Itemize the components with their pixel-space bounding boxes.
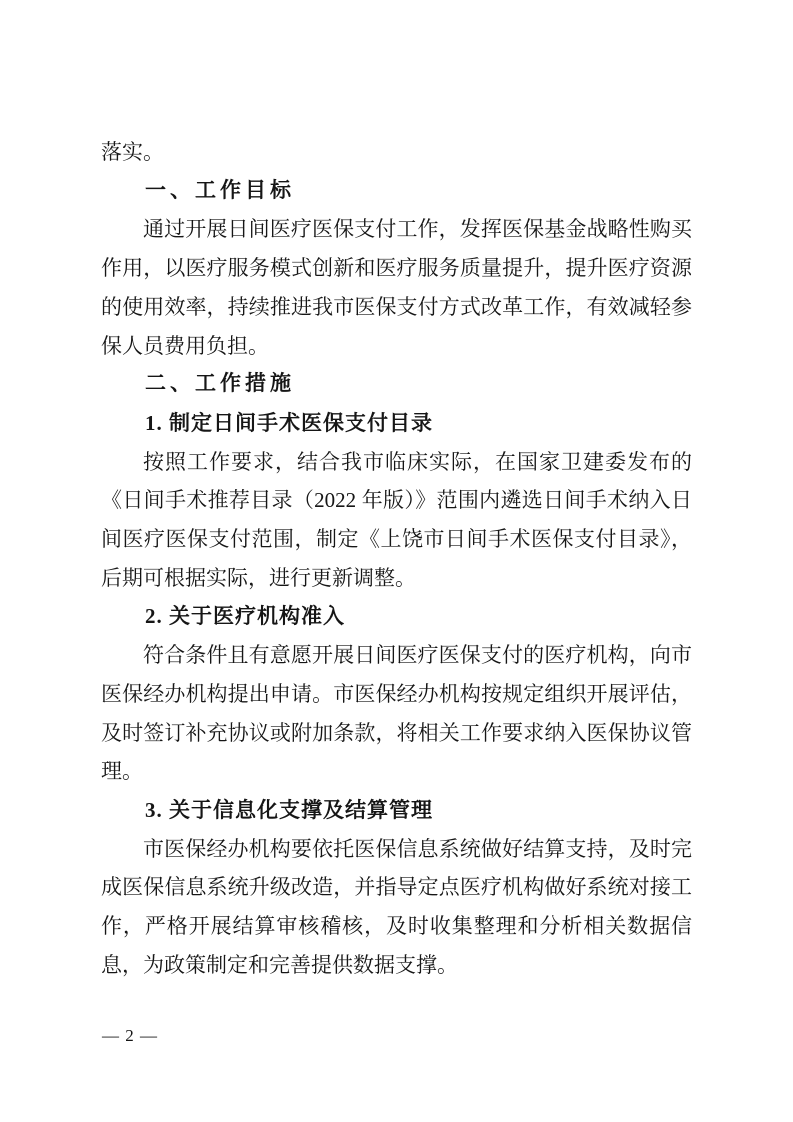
subsection-heading: 3. 关于信息化支撑及结算管理 [101, 791, 692, 830]
document-body: 落实。一、工作目标通过开展日间医疗医保支付工作，发挥医保基金战略性购买作用，以医… [101, 133, 692, 984]
section-heading: 一、工作目标 [101, 172, 692, 211]
body-paragraph: 市医保经办机构要依托医保信息系统做好结算支持，及时完成医保信息系统升级改造，并指… [101, 830, 692, 985]
document-page: { "document": { "paragraphs": [ { "type"… [0, 0, 793, 1122]
page-number: — 2 — [102, 1026, 158, 1046]
subsection-heading: 2. 关于医疗机构准入 [101, 597, 692, 636]
body-paragraph-continued: 落实。 [101, 133, 692, 172]
subsection-heading: 1. 制定日间手术医保支付目录 [101, 404, 692, 443]
body-paragraph: 通过开展日间医疗医保支付工作，发挥医保基金战略性购买作用，以医疗服务模式创新和医… [101, 210, 692, 365]
body-paragraph: 按照工作要求，结合我市临床实际，在国家卫建委发布的《日间手术推荐目录（2022 … [101, 443, 692, 598]
body-paragraph: 符合条件且有意愿开展日间医疗医保支付的医疗机构，向市医保经办机构提出申请。市医保… [101, 636, 692, 791]
section-heading: 二、工作措施 [101, 365, 692, 404]
